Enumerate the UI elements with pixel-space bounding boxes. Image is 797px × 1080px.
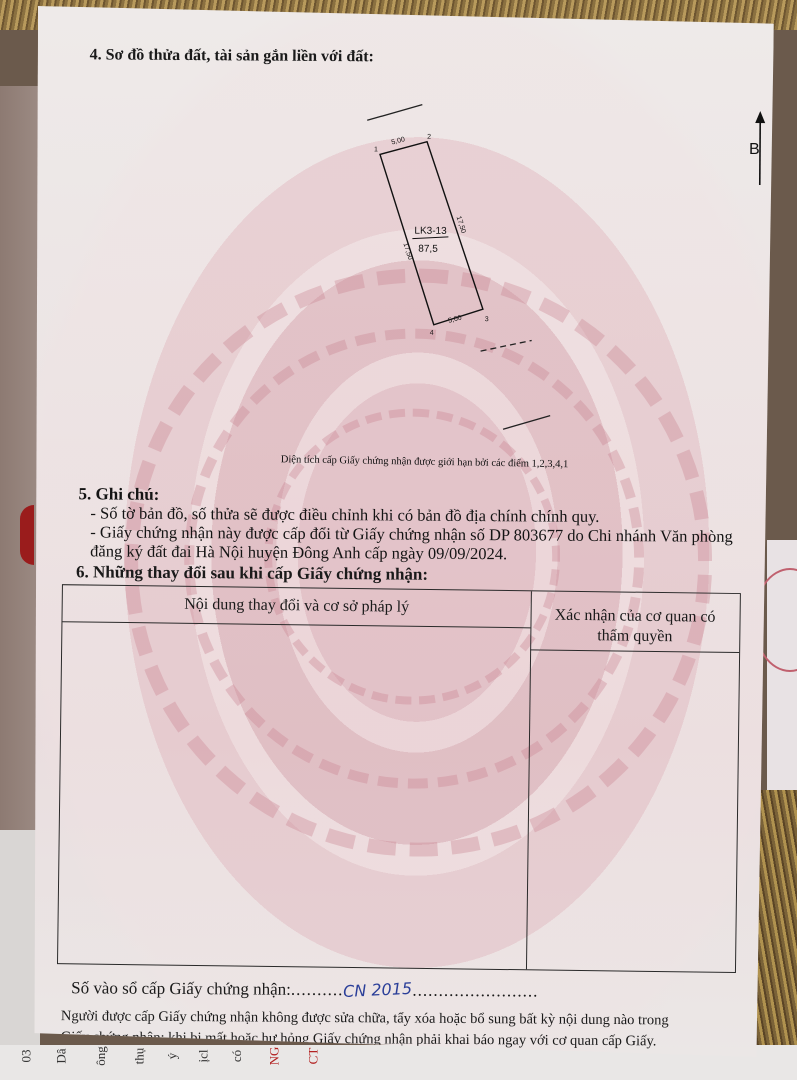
column-header-authority: Xác nhận của cơ quan có thẩm quyền xyxy=(530,605,740,648)
north-label: B xyxy=(749,141,760,159)
section-6-title: 6. Những thay đổi sau khi cấp Giấy chứng… xyxy=(76,562,428,584)
vertex-2: 2 xyxy=(427,134,431,141)
changes-table: Nội dung thay đổi và cơ sở pháp lý Xác n… xyxy=(57,584,741,973)
vertex-4: 4 xyxy=(430,330,434,337)
table-header-divider xyxy=(62,621,530,628)
vertex-3: 3 xyxy=(485,316,489,323)
plot-diagram: 1 2 3 4 5,00 17,50 5,00 17,50 LK3-13 87,… xyxy=(335,98,557,440)
edge-4-1-length: 17,50 xyxy=(401,242,413,261)
registration-number-row: Số vào sổ cấp Giấy chứng nhận:..........… xyxy=(71,978,538,1001)
background-paper-left-lower xyxy=(0,830,40,1080)
certificate-page: 4. Sơ đồ thửa đất, tài sản gắn liền với … xyxy=(31,6,774,1057)
underlying-paper-text: 03 Dâ ông thụ ý ịcl có NG CT xyxy=(20,1048,339,1064)
edge-1-2-length: 5,00 xyxy=(391,136,406,146)
parcel-id: LK3-13 xyxy=(414,226,447,237)
registration-label: Số vào sổ cấp Giấy chứng nhận: xyxy=(71,978,291,999)
section-4-title: 4. Sơ đồ thửa đất, tài sản gắn liền với … xyxy=(90,46,374,66)
column-header-changes: Nội dung thay đổi và cơ sở pháp lý xyxy=(63,594,531,618)
table-header-divider xyxy=(530,649,739,653)
vertex-1: 1 xyxy=(374,146,378,153)
parcel-area: 87,5 xyxy=(418,244,438,255)
background-mat-right xyxy=(757,790,797,1080)
edge-3-4-length: 5,00 xyxy=(448,315,463,325)
section-5-notes: 5. Ghi chú: - Số tờ bản đồ, số thửa sẽ đ… xyxy=(78,484,739,565)
table-column-divider xyxy=(526,591,532,969)
background-red-mark xyxy=(20,505,34,565)
registration-value: CN 2015 xyxy=(343,979,413,1001)
